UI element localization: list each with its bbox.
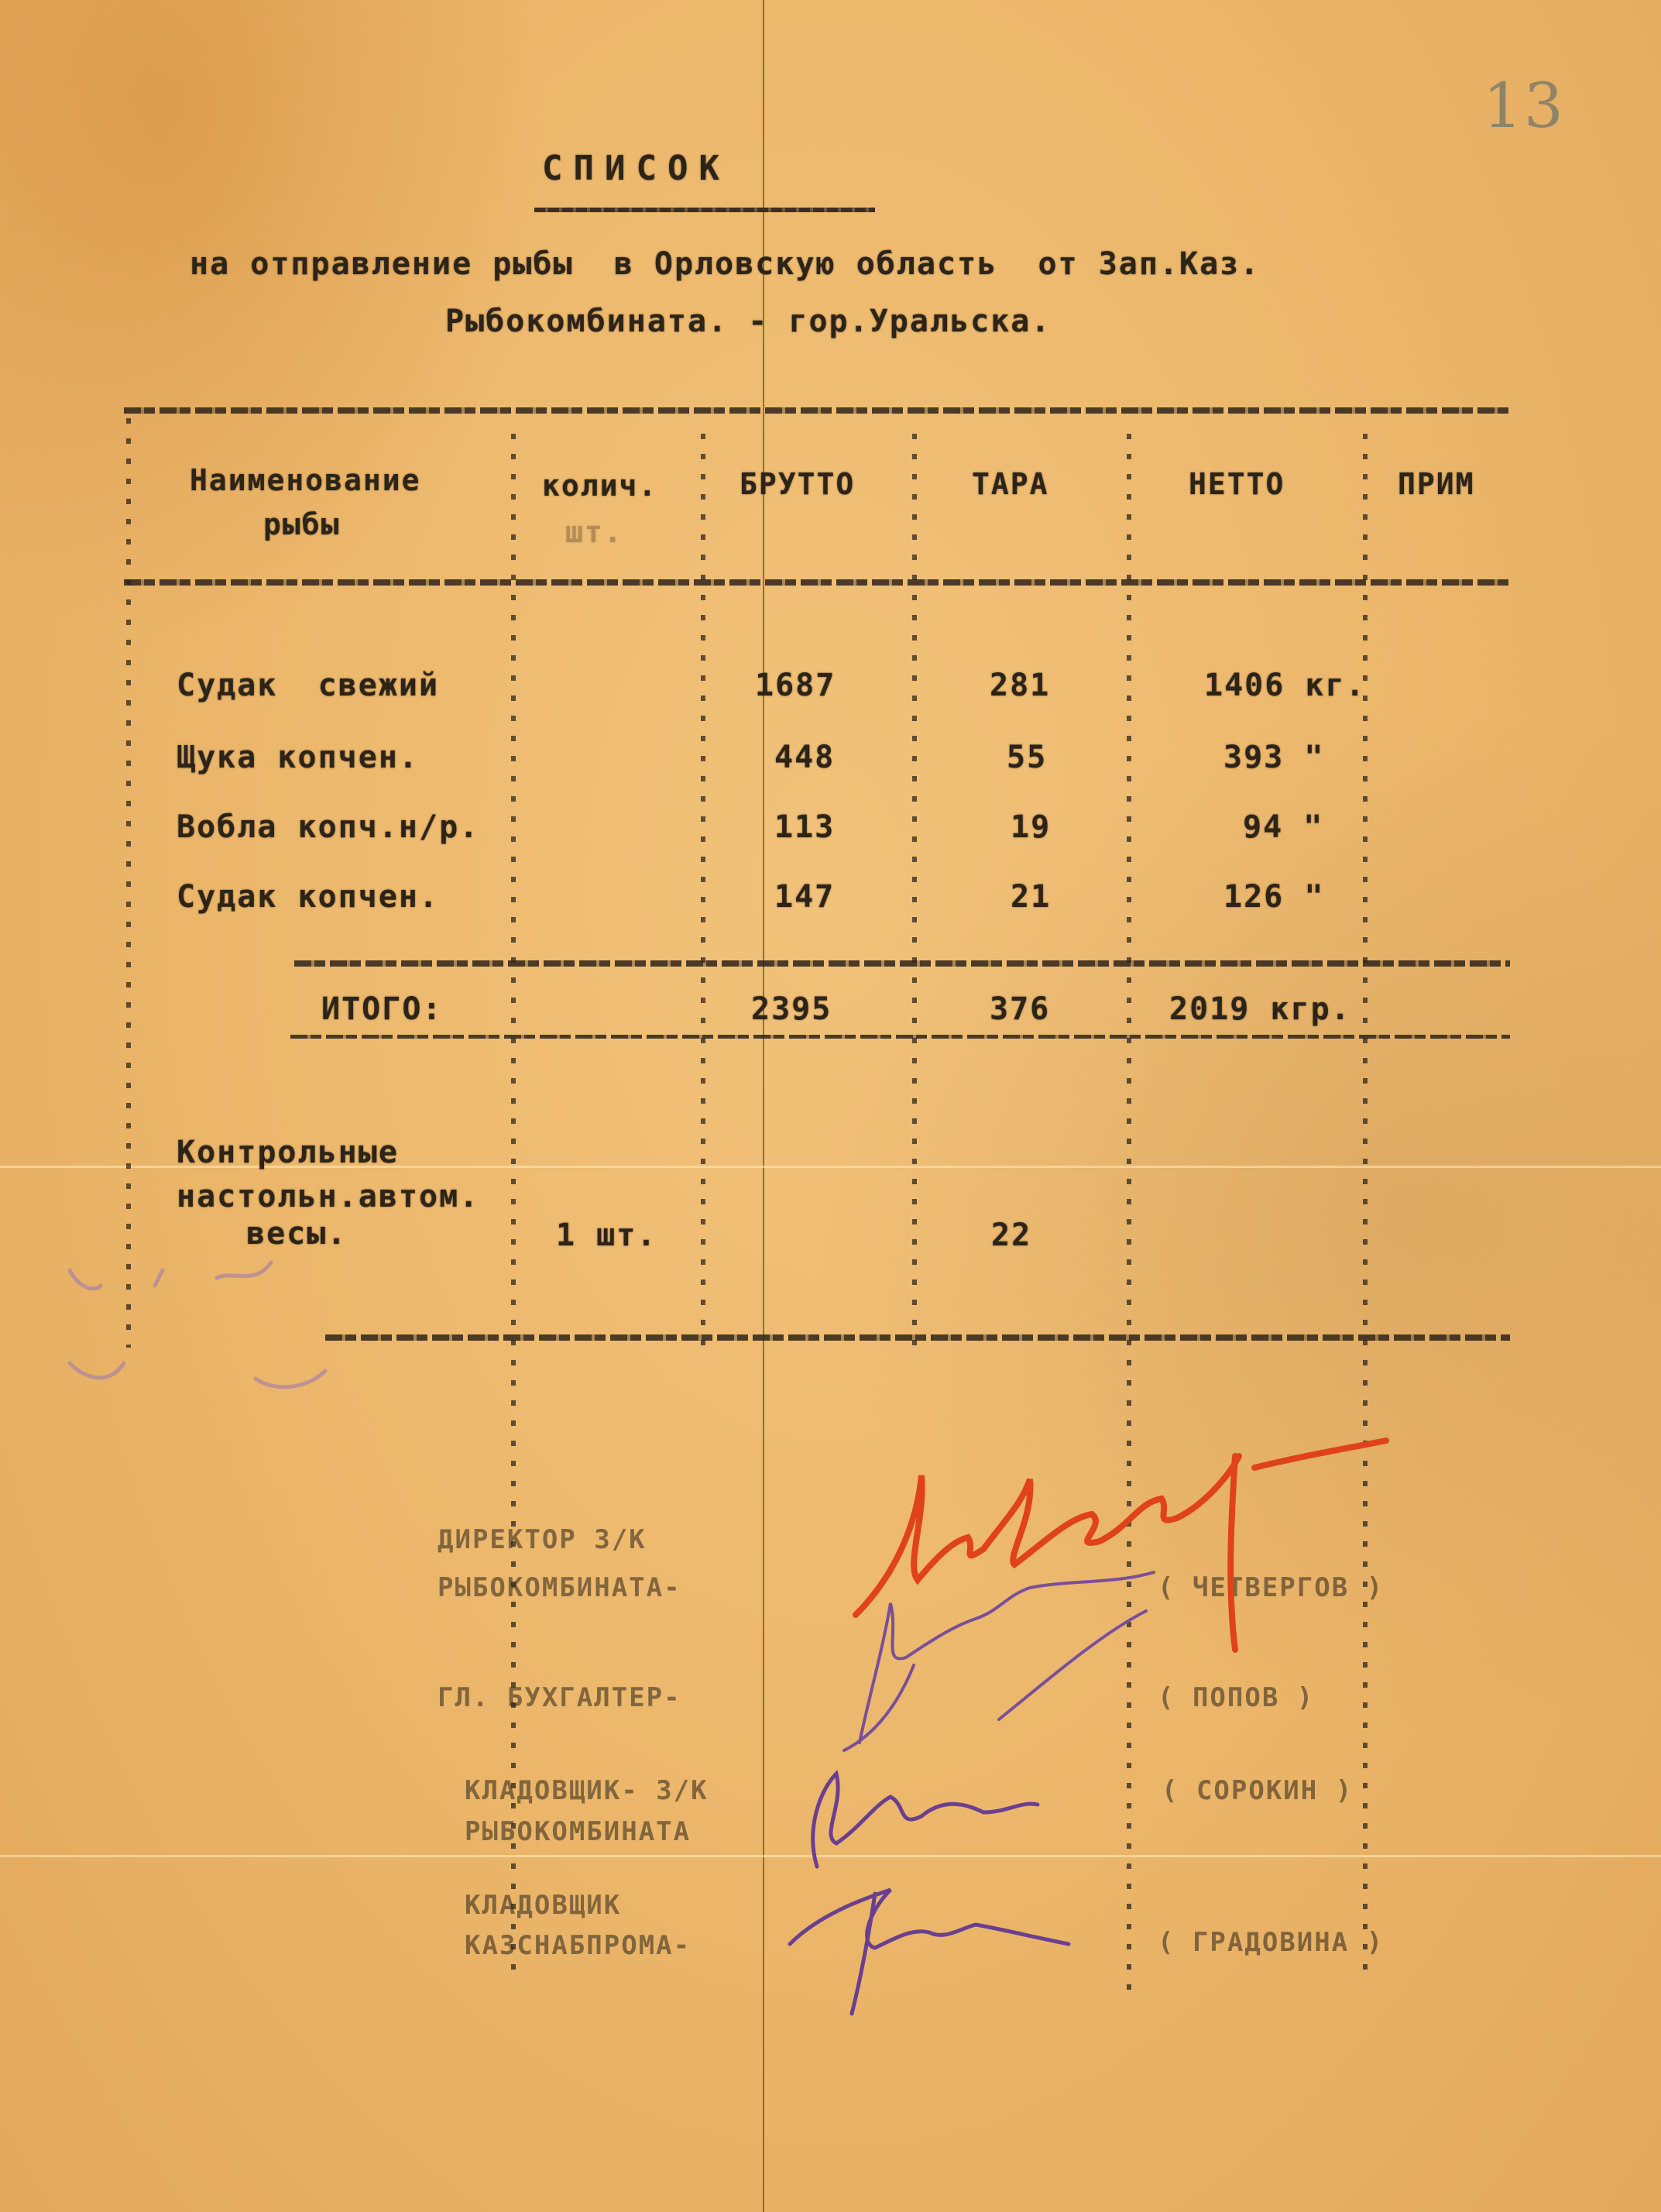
director-signature-red [856, 1456, 1239, 1615]
document-page: 13 СПИСОК на отправление рыбы в Орловску… [0, 0, 1661, 2212]
handwritten-signatures [0, 0, 1661, 2212]
accountant-signature-violet [860, 1572, 1154, 1743]
storekeeper-signature-violet [813, 1774, 1038, 1867]
storekeeper-kazsnab-signature-violet [790, 1890, 1069, 2014]
faint-ink-offset [70, 1262, 325, 1387]
